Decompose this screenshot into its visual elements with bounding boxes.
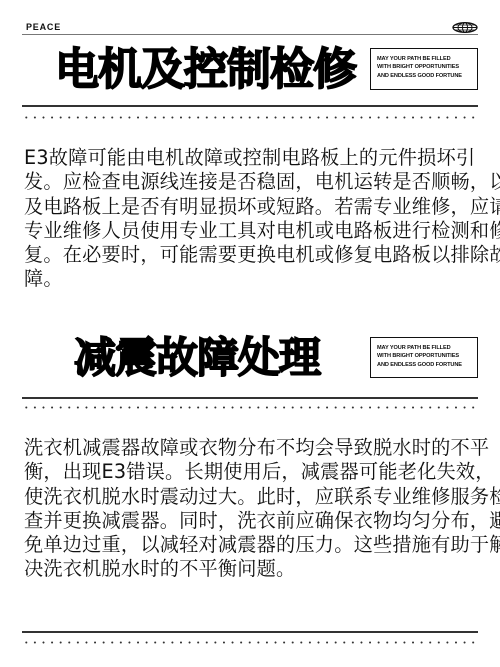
section-body-motor: E3故障可能由电机故障或控制电路板上的元件损坏引 发。应检查电源线连接是否稳固，… [24,146,480,292]
body-line: 查并更换减震器。同时，洗衣前应确保衣物均匀分布，避 [24,509,480,533]
section-divider-solid [22,105,478,107]
body-line: 洗衣机减震器故障或衣物分布不均会导致脱水时的不平 [24,436,480,460]
globe-icon [452,22,478,33]
footer-divider-dotted [22,641,480,644]
body-line: 障。 [24,267,480,291]
body-line: 决洗衣机脱水时的不平衡问题。 [24,557,480,581]
section-divider-dotted [22,116,480,119]
body-line: 专业维修人员使用专业工具对电机或电路板进行检测和修 [24,219,480,243]
motto-box: MAY YOUR PATH BE FILLED WITH BRIGHT OPPO… [370,48,478,90]
body-line: 复。在必要时，可能需要更换电机或修复电路板以排除故 [24,243,480,267]
body-line: E3故障可能由电机故障或控制电路板上的元件损坏引 [24,146,480,170]
motto-box: MAY YOUR PATH BE FILLED WITH BRIGHT OPPO… [370,337,478,378]
motto-line: AND ENDLESS GOOD FORTUNE [377,72,472,80]
brand-label: PEACE [26,22,61,32]
header-divider [22,34,478,35]
body-line: 使洗衣机脱水时震动过大。此时，应联系专业维修服务检 [24,485,480,509]
footer-divider-solid [22,631,478,633]
motto-line: MAY YOUR PATH BE FILLED [377,55,472,63]
body-line: 衡，出现E3错误。长期使用后，减震器可能老化失效， [24,460,480,484]
section-title-shock-absorber: 减震故障处理 [74,335,320,381]
body-line: 免单边过重，以减轻对减震器的压力。这些措施有助于解 [24,533,480,557]
section-title-motor: 电机及控制检修 [55,45,356,95]
motto-line: WITH BRIGHT OPPORTUNITIES [377,352,472,360]
body-line: 发。应检查电源线连接是否稳固，电机运转是否顺畅，以 [24,170,480,194]
section-divider-solid [22,397,478,399]
motto-line: MAY YOUR PATH BE FILLED [377,344,472,352]
motto-line: AND ENDLESS GOOD FORTUNE [377,361,472,369]
motto-line: WITH BRIGHT OPPORTUNITIES [377,63,472,71]
section-divider-dotted [22,406,480,409]
body-line: 及电路板上是否有明显损坏或短路。若需专业维修，应请 [24,195,480,219]
section-body-shock-absorber: 洗衣机减震器故障或衣物分布不均会导致脱水时的不平 衡，出现E3错误。长期使用后，… [24,436,480,582]
